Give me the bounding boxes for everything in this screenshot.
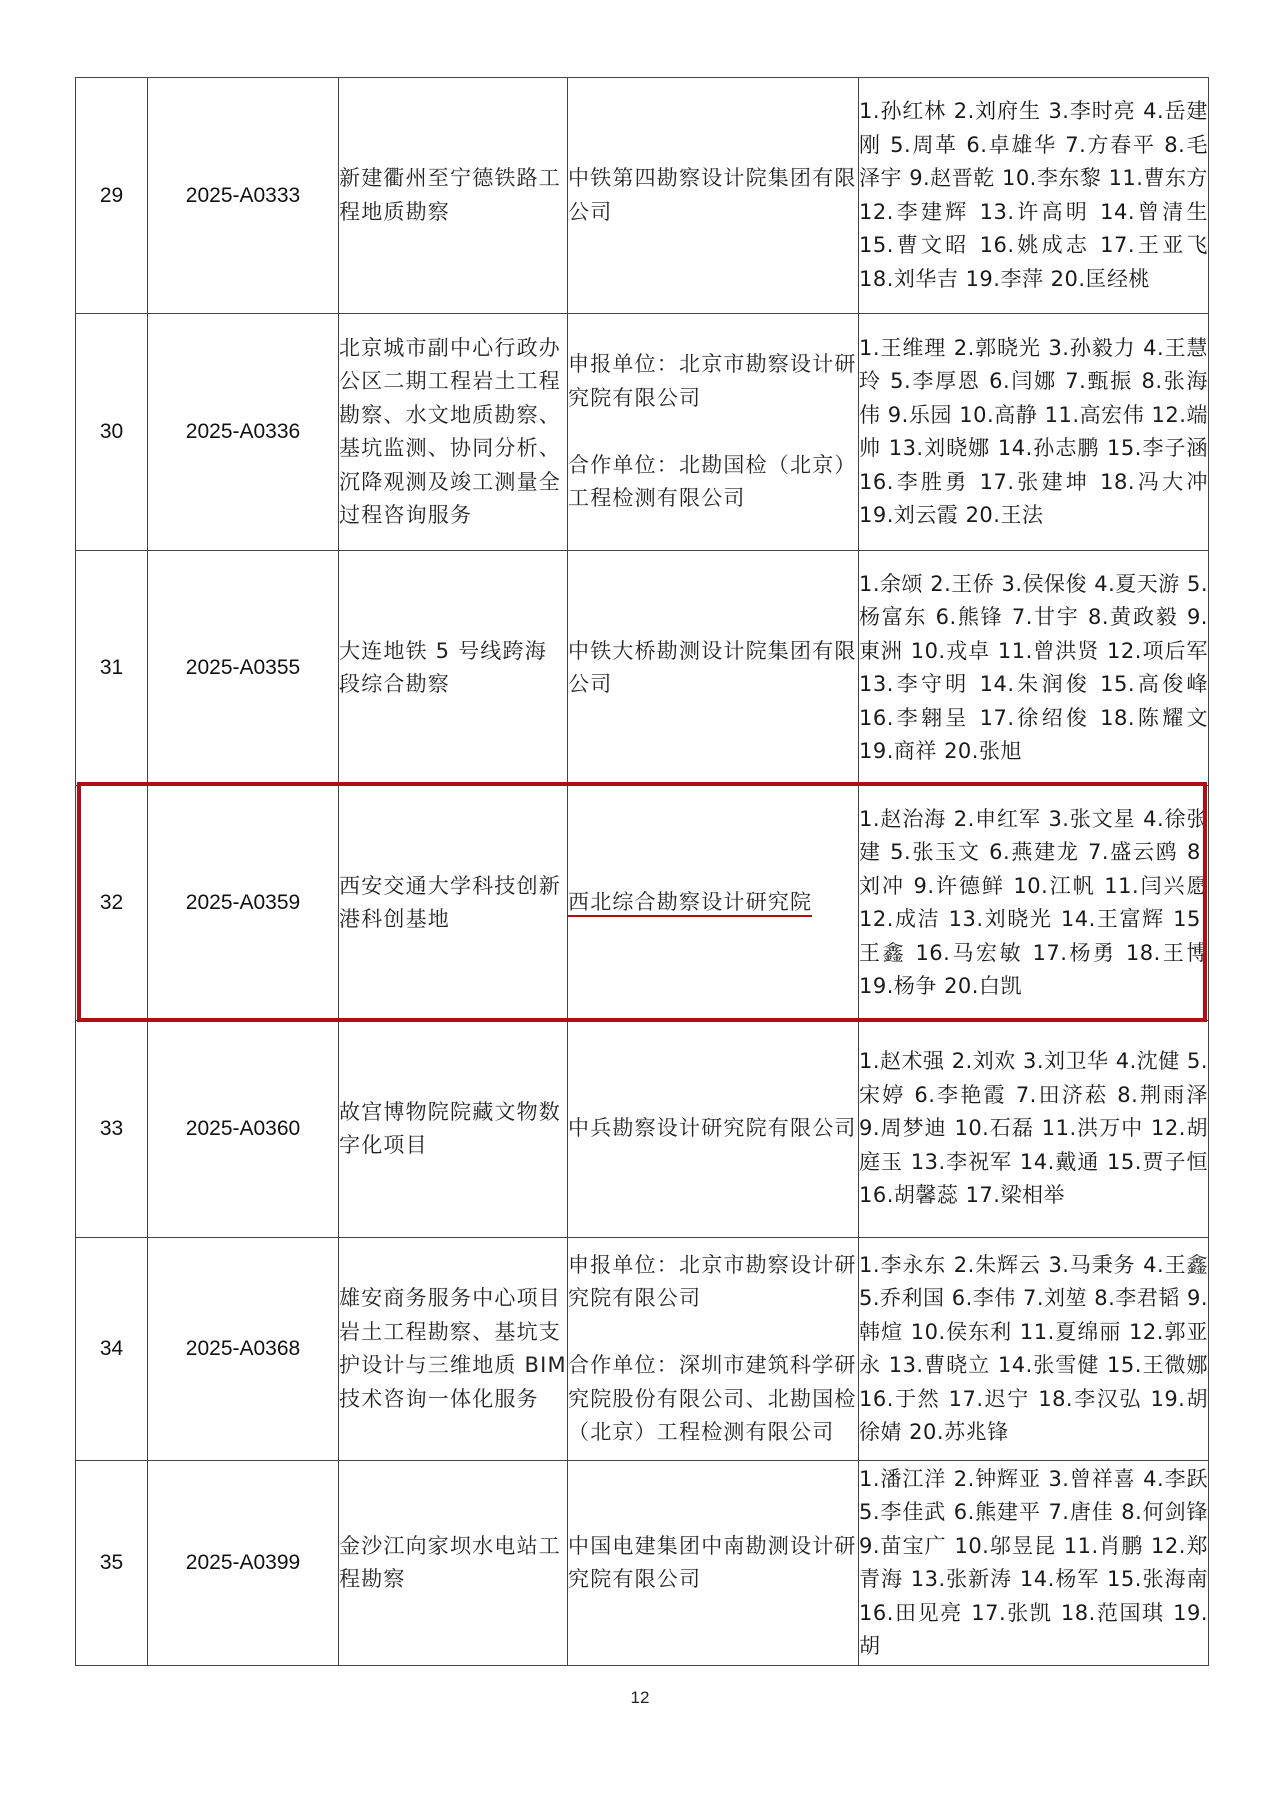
row-number: 34 bbox=[76, 1238, 148, 1461]
row-number: 32 bbox=[76, 786, 148, 1021]
partner-unit: 合作单位：北勘国检（北京）工程检测有限公司 bbox=[568, 449, 858, 516]
organization-name: 中国电建集团中南勘测设计研究院有限公司 bbox=[568, 1530, 858, 1597]
project-code: 2025-A0336 bbox=[148, 314, 339, 551]
page-number: 12 bbox=[0, 1688, 1280, 1708]
organization: 申报单位：北京市勘察设计研究院有限公司 合作单位：深圳市建筑科学研究院股份有限公… bbox=[568, 1238, 859, 1461]
project-name: 北京城市副中心行政办公区二期工程岩土工程勘察、水文地质勘察、基坑监测、协同分析、… bbox=[339, 314, 568, 551]
project-name: 大连地铁 5 号线跨海段综合勘察 bbox=[339, 551, 568, 786]
participant-list: 1.赵术强 2.刘欢 3.刘卫华 4.沈健 5.宋婷 6.李艳霞 7.田济菘 8… bbox=[859, 1021, 1209, 1238]
organization-name: 中铁大桥勘测设计院集团有限公司 bbox=[568, 635, 858, 702]
table-row: 33 2025-A0360 故宫博物院院藏文物数字化项目 中兵勘察设计研究院有限… bbox=[76, 1021, 1209, 1238]
project-code: 2025-A0399 bbox=[148, 1461, 339, 1666]
project-code: 2025-A0359 bbox=[148, 786, 339, 1021]
organization: 中铁第四勘察设计院集团有限公司 bbox=[568, 78, 859, 314]
project-code: 2025-A0360 bbox=[148, 1021, 339, 1238]
project-name: 新建衢州至宁德铁路工程地质勘察 bbox=[339, 78, 568, 314]
project-name: 故宫博物院院藏文物数字化项目 bbox=[339, 1021, 568, 1238]
table-row-highlighted: 32 2025-A0359 西安交通大学科技创新港科创基地 西北综合勘察设计研究… bbox=[76, 786, 1209, 1021]
organization: 中国电建集团中南勘测设计研究院有限公司 bbox=[568, 1461, 859, 1666]
organization-name-underlined: 西北综合勘察设计研究院 bbox=[568, 890, 812, 917]
project-name: 雄安商务服务中心项目岩土工程勘察、基坑支护设计与三维地质 BIM 技术咨询一体化… bbox=[339, 1238, 568, 1461]
table-row: 30 2025-A0336 北京城市副中心行政办公区二期工程岩土工程勘察、水文地… bbox=[76, 314, 1209, 551]
organization: 申报单位：北京市勘察设计研究院有限公司 合作单位：北勘国检（北京）工程检测有限公… bbox=[568, 314, 859, 551]
participant-list: 1.李永东 2.朱辉云 3.马秉务 4.王鑫 5.乔利国 6.李伟 7.刘堃 8… bbox=[859, 1238, 1209, 1461]
table-row: 31 2025-A0355 大连地铁 5 号线跨海段综合勘察 中铁大桥勘测设计院… bbox=[76, 551, 1209, 786]
organization: 西北综合勘察设计研究院 bbox=[568, 786, 859, 1021]
row-number: 35 bbox=[76, 1461, 148, 1666]
participant-list: 1.孙红林 2.刘府生 3.李时亮 4.岳建刚 5.周革 6.卓雄华 7.方春平… bbox=[859, 78, 1209, 314]
spacer bbox=[568, 1316, 858, 1350]
organization-name: 中铁第四勘察设计院集团有限公司 bbox=[568, 162, 858, 229]
spacer bbox=[568, 415, 858, 449]
organization: 中兵勘察设计研究院有限公司 bbox=[568, 1021, 859, 1238]
document-page: 29 2025-A0333 新建衢州至宁德铁路工程地质勘察 中铁第四勘察设计院集… bbox=[0, 0, 1280, 1810]
award-table: 29 2025-A0333 新建衢州至宁德铁路工程地质勘察 中铁第四勘察设计院集… bbox=[75, 77, 1209, 1666]
project-code: 2025-A0355 bbox=[148, 551, 339, 786]
partner-unit: 合作单位：深圳市建筑科学研究院股份有限公司、北勘国检（北京）工程检测有限公司 bbox=[568, 1349, 858, 1450]
organization-name: 中兵勘察设计研究院有限公司 bbox=[568, 1112, 858, 1146]
table-row: 29 2025-A0333 新建衢州至宁德铁路工程地质勘察 中铁第四勘察设计院集… bbox=[76, 78, 1209, 314]
project-name: 西安交通大学科技创新港科创基地 bbox=[339, 786, 568, 1021]
participant-list: 1.赵治海 2.申红军 3.张文星 4.徐张建 5.张玉文 6.燕建龙 7.盛云… bbox=[859, 786, 1209, 1021]
applicant-unit: 申报单位：北京市勘察设计研究院有限公司 bbox=[568, 1249, 858, 1316]
project-code: 2025-A0368 bbox=[148, 1238, 339, 1461]
participant-list: 1.余颂 2.王侨 3.侯保俊 4.夏天游 5.杨富东 6.熊锋 7.甘宇 8.… bbox=[859, 551, 1209, 786]
table-row: 35 2025-A0399 金沙江向家坝水电站工程勘察 中国电建集团中南勘测设计… bbox=[76, 1461, 1209, 1666]
participant-list: 1.王维理 2.郭晓光 3.孙毅力 4.王慧玲 5.李厚恩 6.闫娜 7.甄振 … bbox=[859, 314, 1209, 551]
row-number: 33 bbox=[76, 1021, 148, 1238]
participant-list: 1.潘江洋 2.钟辉亚 3.曾祥喜 4.李跃 5.李佳武 6.熊建平 7.唐佳 … bbox=[859, 1461, 1209, 1666]
organization: 中铁大桥勘测设计院集团有限公司 bbox=[568, 551, 859, 786]
row-number: 30 bbox=[76, 314, 148, 551]
row-number: 29 bbox=[76, 78, 148, 314]
applicant-unit: 申报单位：北京市勘察设计研究院有限公司 bbox=[568, 348, 858, 415]
project-code: 2025-A0333 bbox=[148, 78, 339, 314]
row-number: 31 bbox=[76, 551, 148, 786]
table-row: 34 2025-A0368 雄安商务服务中心项目岩土工程勘察、基坑支护设计与三维… bbox=[76, 1238, 1209, 1461]
project-name: 金沙江向家坝水电站工程勘察 bbox=[339, 1461, 568, 1666]
